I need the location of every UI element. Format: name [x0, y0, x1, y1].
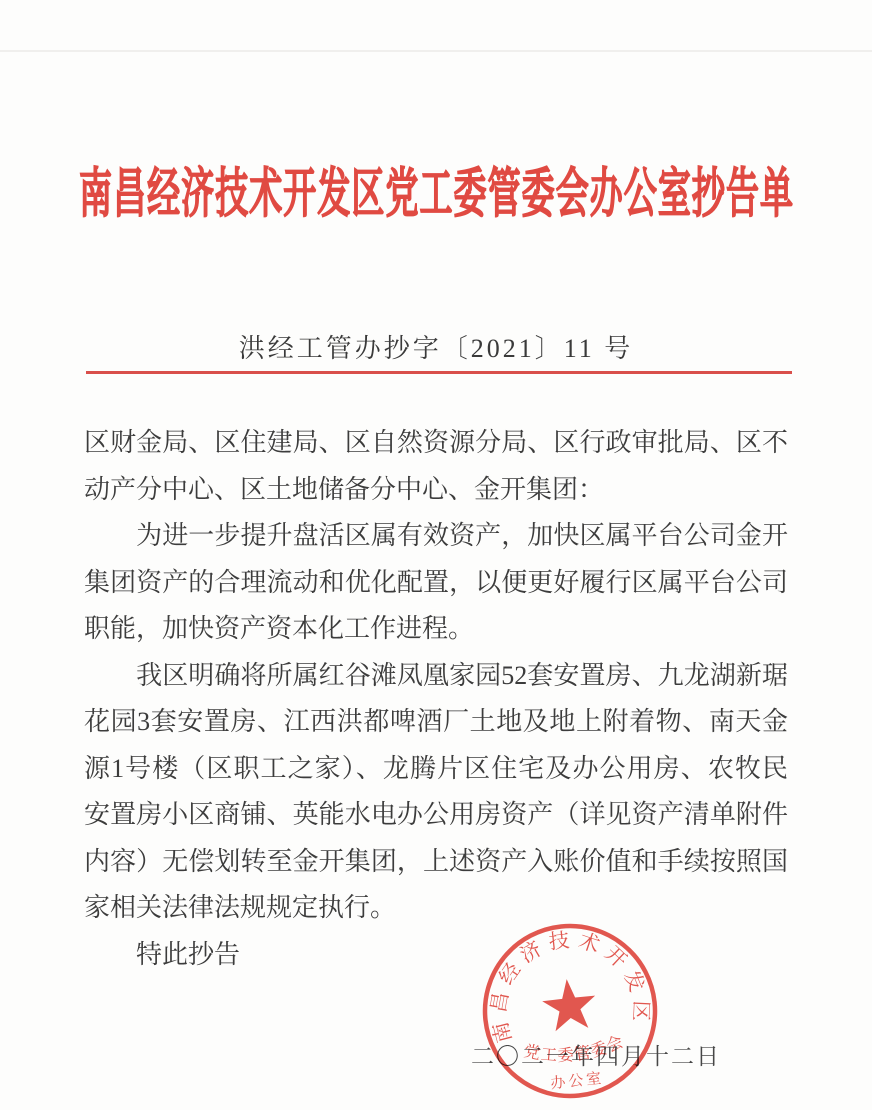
- body-line: 职能，加快资产资本化工作进程。: [84, 606, 788, 653]
- document-page: 南昌经济技术开发区党工委管委会办公室抄告单 洪经工管办抄字〔2021〕11 号 …: [0, 0, 872, 1110]
- recipients-line: 动产分中心、区土地储备分中心、金开集团：: [84, 467, 788, 514]
- body-line: 花园3套安置房、江西洪都啤酒厂土地及地上附着物、南天金: [84, 699, 788, 746]
- recipients-line: 区财金局、区住建局、区自然资源分局、区行政审批局、区不: [84, 420, 788, 467]
- body-line: 集团资产的合理流动和优化配置，以便更好履行区属平台公司: [84, 560, 788, 607]
- header-divider-rule: [86, 371, 792, 374]
- page-title: 南昌经济技术开发区党工委管委会办公室抄告单: [79, 168, 793, 224]
- body-line: 安置房小区商铺、英能水电办公用房资产（详见资产清单附件: [84, 792, 788, 839]
- seal-star-icon: [540, 976, 598, 1032]
- seal-bottom-text: 办公室: [550, 1070, 605, 1093]
- body-line: 内容）无偿划转至金开集团，上述资产入账价值和手续按照国: [84, 839, 788, 886]
- official-seal: 南昌经济技术开发区 党工委管委会 办公室: [471, 912, 669, 1110]
- closing-line: 特此抄告: [84, 932, 788, 979]
- body-line: 源1号楼（区职工之家）、龙腾片区住宅及办公用房、农牧民: [84, 746, 788, 793]
- document-body: 区财金局、区住建局、区自然资源分局、区行政审批局、区不 动产分中心、区土地储备分…: [84, 420, 788, 978]
- document-header: 南昌经济技术开发区党工委管委会办公室抄告单: [0, 168, 872, 203]
- seal-band-text: 党工委管委会: [520, 1031, 628, 1070]
- body-line: 家相关法律法规规定执行。: [84, 885, 788, 932]
- document-number: 洪经工管办抄字〔2021〕11 号: [0, 328, 872, 365]
- body-line: 为进一步提升盘活区属有效资产，加快区属平台公司金开: [84, 513, 788, 560]
- body-line: 我区明确将所属红谷滩凤凰家园52套安置房、九龙湖新琚: [84, 653, 788, 700]
- scan-artifact-line: [0, 50, 872, 52]
